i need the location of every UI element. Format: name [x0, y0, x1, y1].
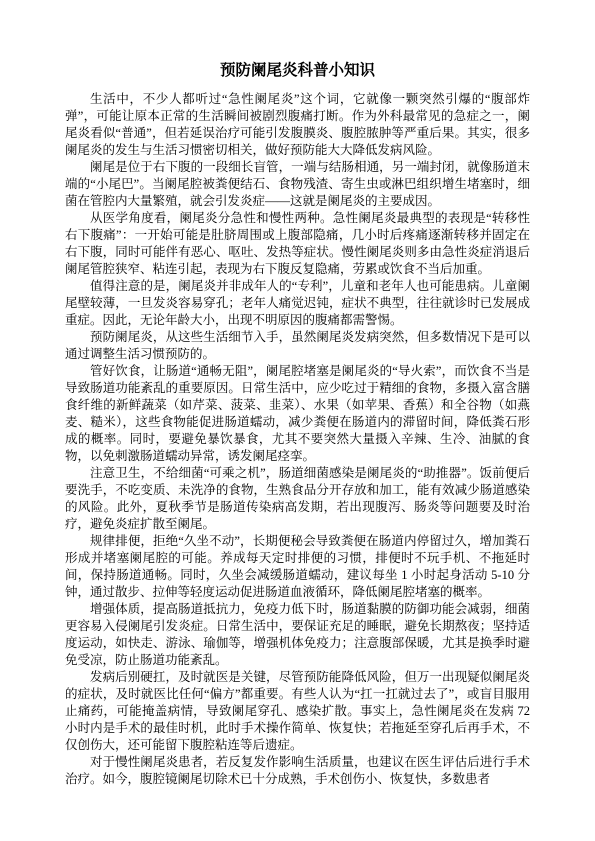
paragraph-types: 从医学角度看，阑尾炎分急性和慢性两种。急性阑尾炎最典型的表现是“转移性右下腹痛”… [65, 210, 530, 278]
paragraph-chronic-care: 对于慢性阑尾炎患者，若反复发作影响生活质量，也建议在医生评估后进行手术治疗。如今… [65, 754, 530, 788]
paragraph-age-groups: 值得注意的是，阑尾炎并非成年人的“专利”，儿童和老年人也可能患病。儿童阑尾壁较薄… [65, 278, 530, 329]
paragraph-seek-care: 发病后别硬扛，及时就医是关键，尽管预防能降低风险，但万一出现疑似阑尾炎的症状，及… [65, 669, 530, 754]
paragraph-prevention: 预防阑尾炎，从这些生活细节入手，虽然阑尾炎发病突然，但多数情况下是可以通过调整生… [65, 329, 530, 363]
document-page: 预防阑尾炎科普小知识 生活中，不少人都听过“急性阑尾炎”这个词，它就像一颗突然引… [0, 0, 595, 841]
paragraph-bowel-habit: 规律排便，拒绝“久坐不动”，长期便秘会导致粪便在肠道内停留过久，增加粪石形成并堵… [65, 533, 530, 601]
document-title: 预防阑尾炎科普小知识 [65, 60, 530, 82]
paragraph-fitness: 增强体质，提高肠道抵抗力，免疫力低下时，肠道黏膜的防御功能会减弱，细菌更容易入侵… [65, 601, 530, 669]
paragraph-hygiene: 注意卫生，不给细菌“可乘之机”，肠道细菌感染是阑尾炎的“助推器”。饭前便后要洗手… [65, 465, 530, 533]
document-body: 生活中，不少人都听过“急性阑尾炎”这个词，它就像一颗突然引爆的“腹部炸弹”，可能… [65, 91, 530, 788]
paragraph-what-is: 阑尾是位于右下腹的一段细长盲管，一端与结肠相通，另一端封闭，就像肠道末端的“小尾… [65, 159, 530, 210]
paragraph-intro: 生活中，不少人都听过“急性阑尾炎”这个词，它就像一颗突然引爆的“腹部炸弹”，可能… [65, 91, 530, 159]
paragraph-diet: 管好饮食，让肠道“通畅无阻”，阑尾腔堵塞是阑尾炎的“导火索”，而饮食不当是导致肠… [65, 363, 530, 465]
